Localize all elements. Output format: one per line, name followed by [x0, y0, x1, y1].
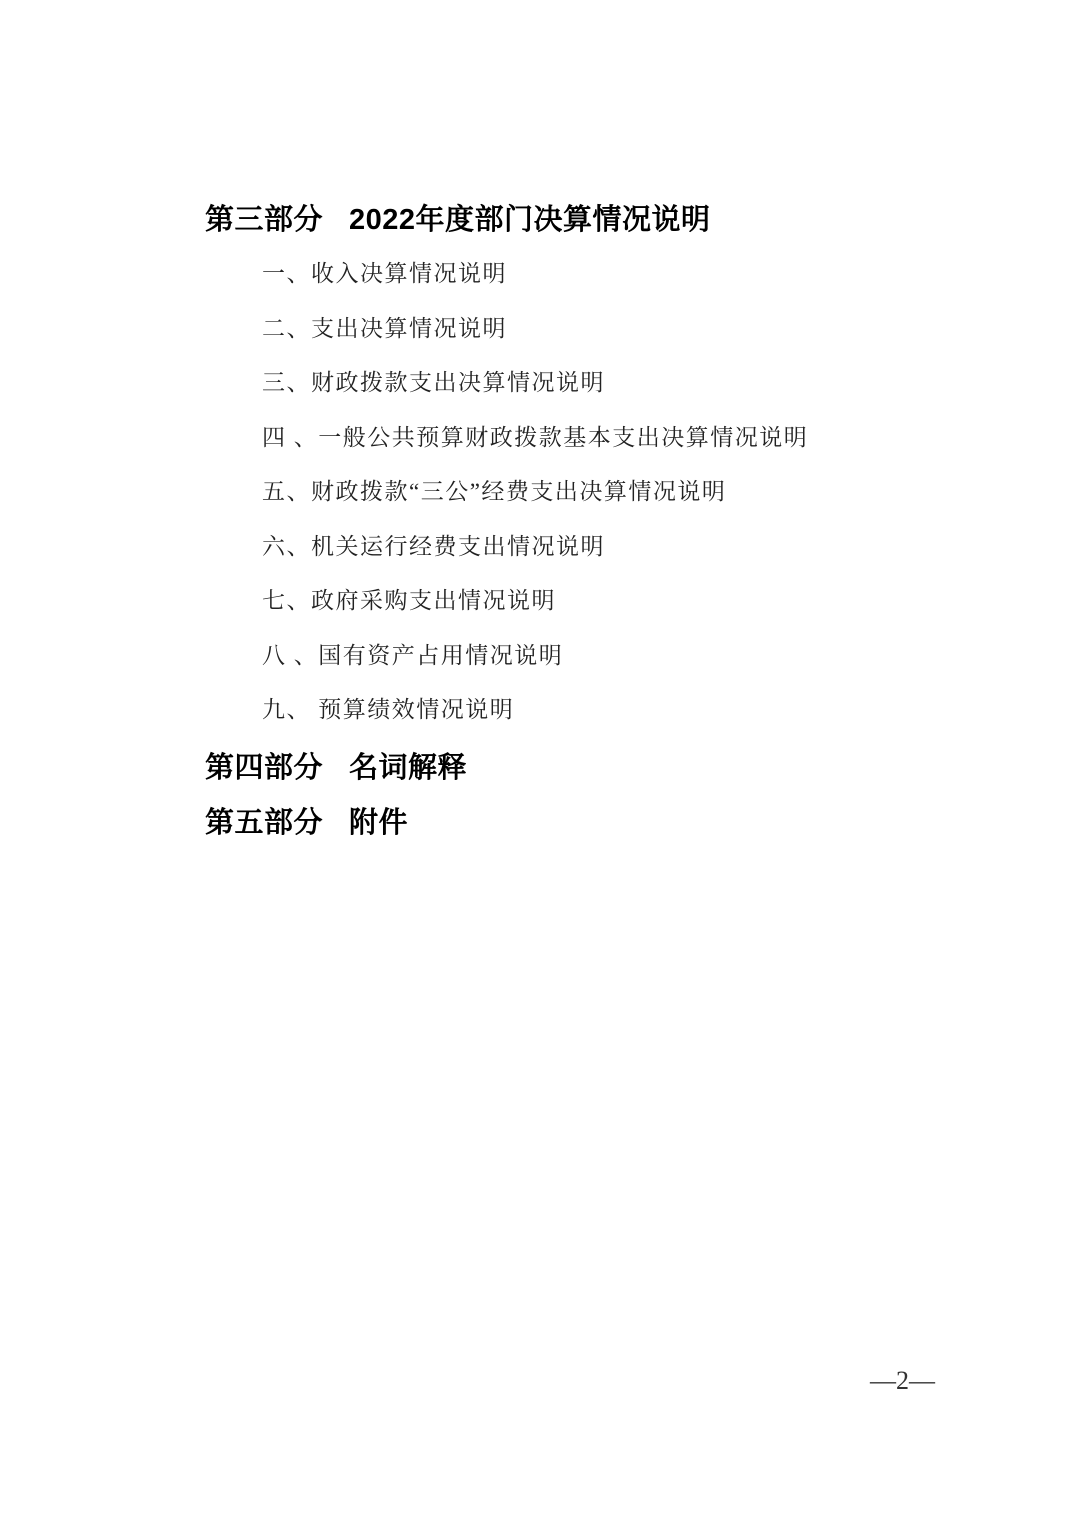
toc-list: 一、收入决算情况说明 二、支出决算情况说明 三、财政拨款支出决算情况说明 四 、…: [262, 260, 985, 723]
section-title: 附件: [349, 807, 408, 839]
section-title: 2022年度部门决算情况说明: [349, 204, 711, 236]
toc-item: 三、财政拨款支出决算情况说明: [262, 369, 985, 396]
toc-item: 八 、国有资产占用情况说明: [262, 642, 985, 669]
toc-item: 六、机关运行经费支出情况说明: [262, 533, 985, 560]
section-label: 第三部分: [205, 204, 323, 236]
page-number: —2—: [870, 1366, 935, 1396]
page-content: 第三部分2022年度部门决算情况说明 一、收入决算情况说明 二、支出决算情况说明…: [205, 203, 985, 840]
section-label: 第五部分: [205, 807, 323, 839]
section-heading-part-5: 第五部分附件: [205, 806, 985, 840]
toc-item: 二、支出决算情况说明: [262, 315, 985, 342]
toc-item: 四 、一般公共预算财政拨款基本支出决算情况说明: [262, 424, 985, 451]
section-title: 名词解释: [349, 752, 467, 784]
section-label: 第四部分: [205, 752, 323, 784]
document-page: 第三部分2022年度部门决算情况说明 一、收入决算情况说明 二、支出决算情况说明…: [0, 0, 1071, 1519]
section-heading-part-4: 第四部分名词解释: [205, 751, 985, 785]
toc-item: 七、政府采购支出情况说明: [262, 587, 985, 614]
toc-item: 九、 预算绩效情况说明: [262, 696, 985, 723]
toc-item: 一、收入决算情况说明: [262, 260, 985, 287]
section-heading-part-3: 第三部分2022年度部门决算情况说明: [205, 203, 985, 237]
toc-item: 五、财政拨款“三公”经费支出决算情况说明: [262, 478, 985, 505]
